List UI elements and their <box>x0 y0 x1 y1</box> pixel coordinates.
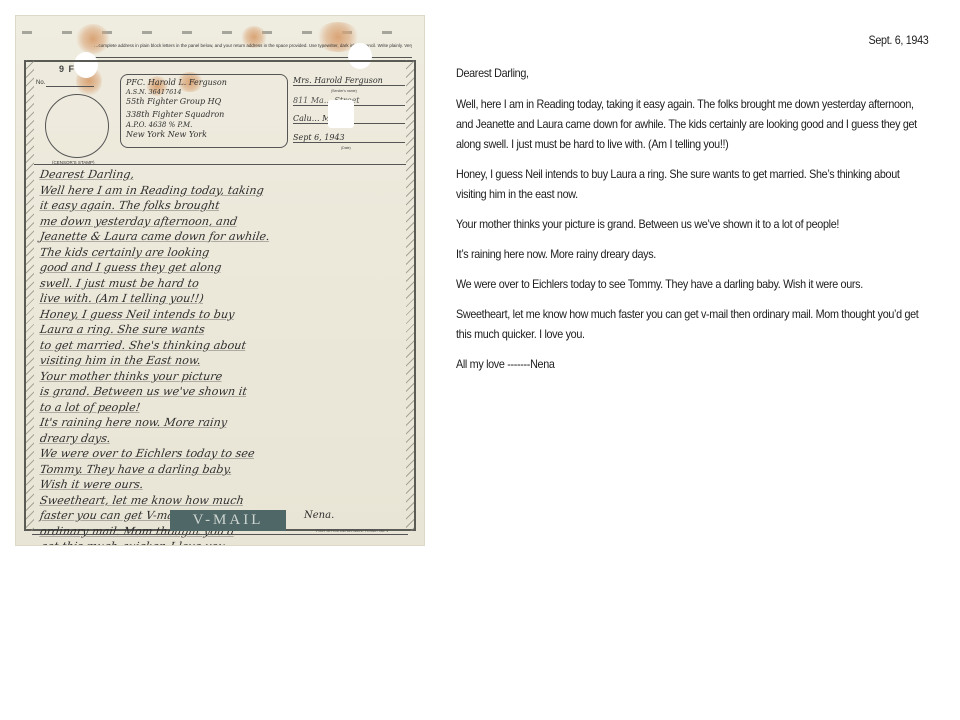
handwritten-line: is grand. Between us we've shown it <box>39 384 401 400</box>
handwritten-signature: Nena. <box>304 510 334 521</box>
letter-paragraph: We were over to Eichlers today to see To… <box>456 275 928 295</box>
handwritten-line: Laura a ring. She sure wants <box>39 322 401 338</box>
letter-closing: All my love -------Nena <box>456 355 928 375</box>
handwritten-line: Dearest Darling, <box>39 167 401 183</box>
form-border-hatch <box>406 60 414 531</box>
handwritten-line: Honey, I guess Neil intends to buy <box>39 307 401 323</box>
handwritten-line: Jeanette & Laura came down for awhile. <box>39 229 401 245</box>
address-line: 338th Fighter Squadron <box>126 110 224 119</box>
permit-text: POST OFFICE DEPARTMENT PERMIT NO. 1 <box>316 529 388 533</box>
number-label: No. <box>36 80 45 86</box>
handwritten-line: to a lot of people! <box>39 400 401 416</box>
handwritten-line: it easy again. The folks brought <box>39 198 401 214</box>
handwritten-line: Tommy. They have a darling baby. <box>39 462 401 478</box>
address-line: PFC. Harold L. Ferguson <box>126 78 227 87</box>
handwritten-line: live with. (Am I telling you!!) <box>39 291 401 307</box>
handwritten-letter-body: Dearest Darling, Well here I am in Readi… <box>40 167 400 545</box>
form-border-hatch <box>26 60 34 531</box>
handwritten-line: Wish it were ours. <box>39 477 401 493</box>
address-line: 55th Fighter Group HQ <box>126 97 221 106</box>
censor-stamp-circle <box>45 94 109 158</box>
letter-greeting: Dearest Darling, <box>456 64 928 84</box>
handwritten-line: It's raining here now. More rainy <box>39 415 401 431</box>
handwritten-line: The kids certainly are looking <box>39 245 401 261</box>
handwritten-line: We were over to Eichlers today to see <box>39 446 401 462</box>
letter-paragraph: Sweetheart, let me know how much faster … <box>456 305 928 345</box>
handwritten-line: Well here I am in Reading today, taking <box>39 183 401 199</box>
sender-date: Sept 6, 1943 <box>293 133 405 143</box>
form-bottom-line <box>32 534 408 535</box>
letter-transcription: Dearest Darling, Well, here I am in Read… <box>456 30 895 385</box>
address-line: New York New York <box>126 130 207 139</box>
letter-paragraph: Well, here I am in Reading today, taking… <box>456 95 928 155</box>
handwritten-line: swell. I just must be hard to <box>39 276 401 292</box>
handwritten-line: Your mother thinks your picture <box>39 369 401 385</box>
handwritten-line: visiting him in the East now. <box>39 353 401 369</box>
sender-date-caption: (Date) <box>341 146 351 150</box>
address-line: A.S.N. 36417614 <box>126 88 182 96</box>
handwritten-line: to get married. She's thinking about <box>39 338 401 354</box>
number-line <box>46 86 94 87</box>
address-line: A.P.O. 4638 % P.M. <box>126 121 192 129</box>
handwritten-line: me down yesterday afternoon, and <box>39 214 401 230</box>
letter-paragraph: Honey, I guess Neil intends to buy Laura… <box>456 165 928 205</box>
punch-hole <box>328 100 354 128</box>
vmail-stamp: V-MAIL <box>170 510 286 531</box>
handwritten-line: get this much quicker. I love you <box>39 539 401 545</box>
letter-paragraph: Your mother thinks your picture is grand… <box>456 215 928 235</box>
handwritten-line: good and I guess they get along <box>39 260 401 276</box>
sender-name-caption: (Sender's name) <box>331 89 357 93</box>
sender-name: Mrs. Harold Ferguson <box>293 76 405 86</box>
vmail-scan-image: …complete address in plain block letters… <box>16 16 424 545</box>
body-divider <box>34 164 406 165</box>
letter-paragraph: It’s raining here now. More rainy dreary… <box>456 245 928 265</box>
handwritten-line: dreary days. <box>39 431 401 447</box>
handwritten-line: Sweetheart, let me know how much <box>39 493 401 509</box>
